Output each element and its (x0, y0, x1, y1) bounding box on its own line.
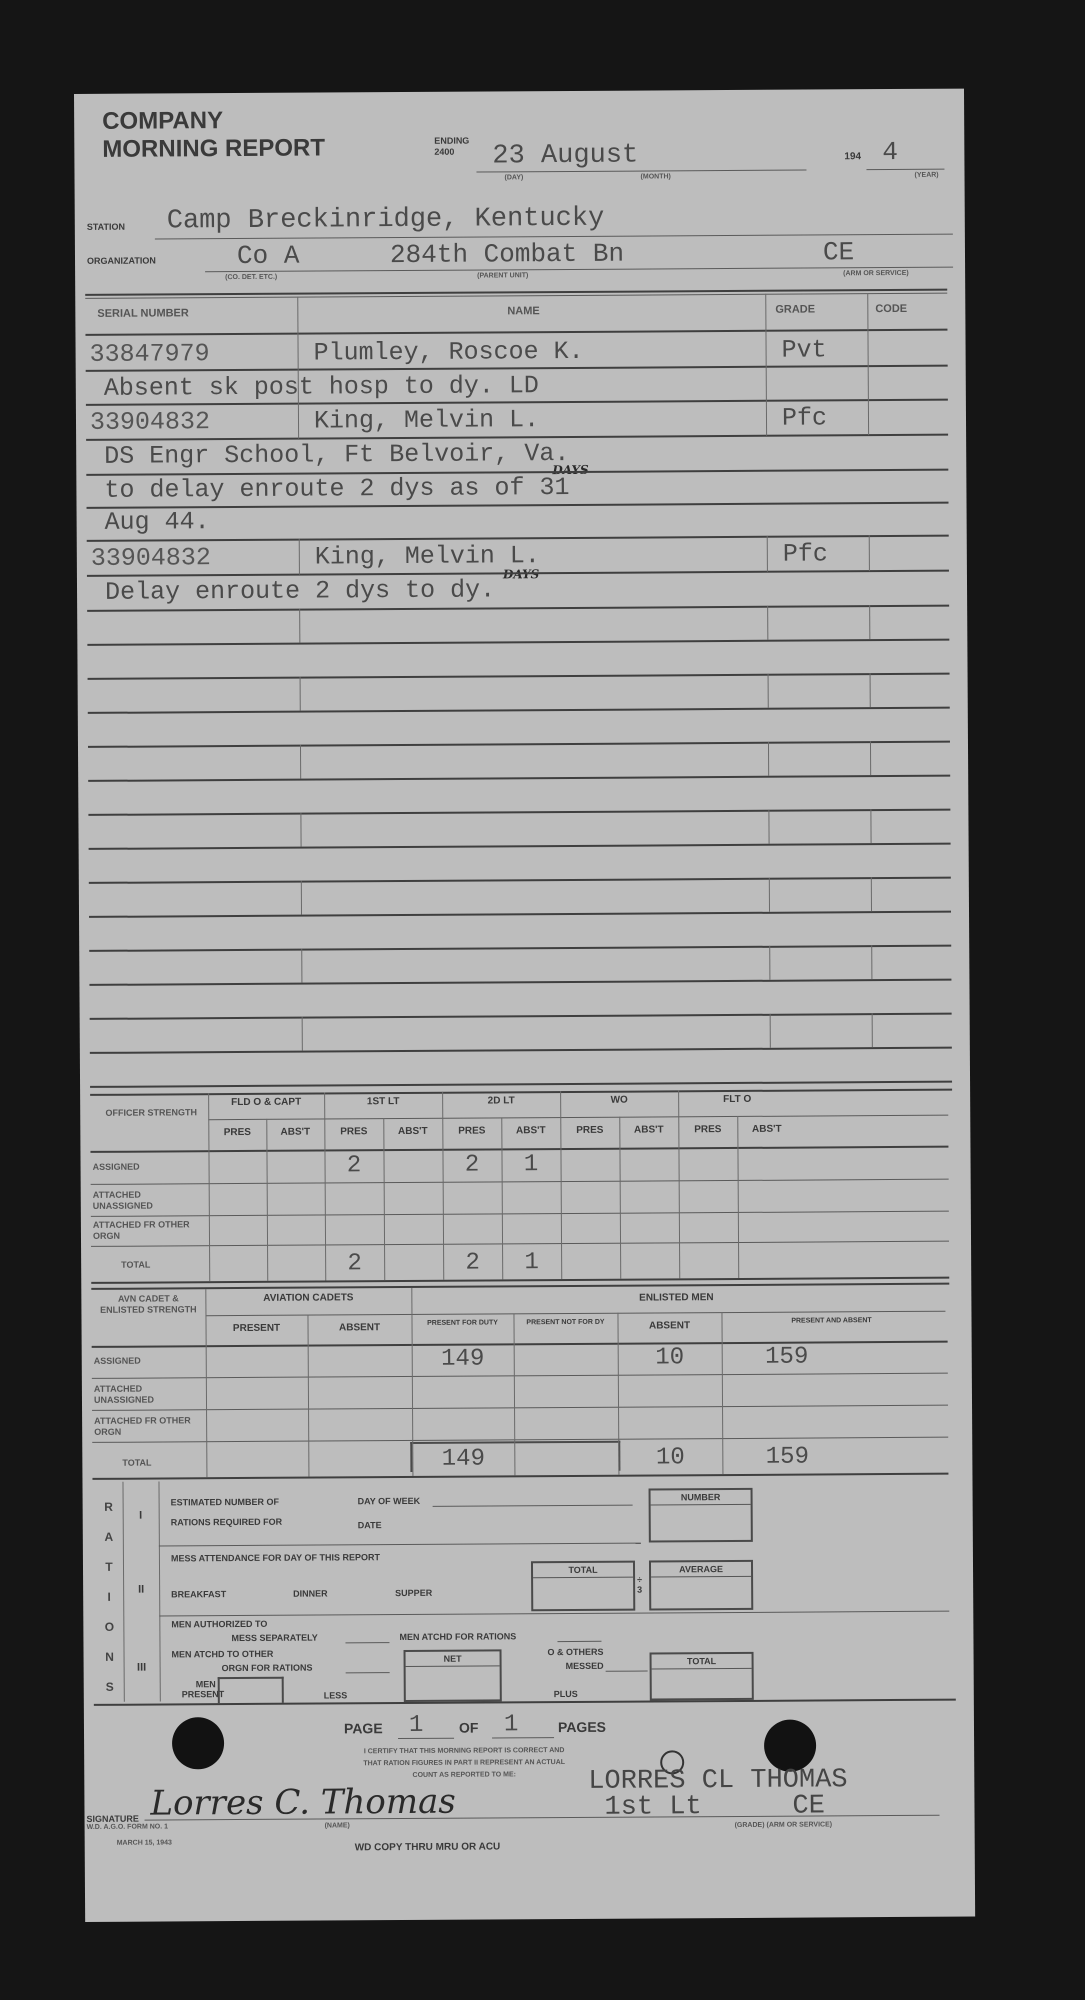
men-atchd-other-field[interactable] (346, 1672, 390, 1673)
remark-line: Absent sk post hosp to dy. LD (104, 371, 539, 403)
form-title: COMPANY MORNING REPORT (102, 106, 325, 163)
rule (89, 945, 951, 952)
dinner-label: DINNER (293, 1588, 328, 1598)
signer-grade: 1st Lt (604, 1792, 701, 1823)
number-box[interactable]: NUMBER (649, 1488, 753, 1543)
title-line-2: MORNING REPORT (102, 134, 325, 163)
total-2d-lt-abst: 1 (502, 1249, 561, 1276)
col-present-not-for-duty: PRESENT NOT FOR DY (513, 1317, 617, 1329)
officers-others-label-1: O & OTHERS (523, 1647, 603, 1657)
col-grade: GRADE (775, 303, 815, 315)
org-company: Co A (237, 241, 300, 271)
col-sep (870, 741, 871, 775)
col-sep (769, 878, 770, 912)
rule (88, 775, 950, 782)
station-value: Camp Breckinridge, Kentucky (167, 204, 605, 237)
col-sep (871, 945, 872, 979)
org-parent-unit: 284th Combat Bn (390, 239, 624, 270)
col-sep (619, 1117, 621, 1279)
col-sep (617, 1313, 619, 1475)
rule (89, 877, 951, 884)
signer-arm: CE (792, 1791, 825, 1821)
col-sep (871, 877, 872, 911)
roster-rules (74, 89, 964, 94)
col-sep (867, 293, 869, 435)
col-sep (300, 677, 301, 711)
part-i-num: I (123, 1510, 159, 1522)
copy-routing-note: WD COPY THRU MRU OR ACU (355, 1841, 501, 1853)
year-underline (866, 169, 944, 170)
col-sep (300, 813, 301, 847)
ending-label-2: 2400 (434, 147, 469, 158)
col-sep (870, 809, 871, 843)
rule (90, 1081, 952, 1088)
row-label-total: TOTAL (122, 1458, 151, 1468)
col-sep (768, 674, 769, 708)
sub-abst: ABS'T (266, 1126, 324, 1137)
caption-grade-arm: (GRADE) (ARM OR SERVICE) (735, 1821, 833, 1829)
divide-by-three: ÷ 3 (637, 1575, 649, 1595)
part-i-label-2: RATIONS REQUIRED FOR (171, 1517, 282, 1528)
group-2d-lt: 2D LT (442, 1095, 560, 1107)
col-sep (383, 1118, 385, 1280)
side-letter: A (97, 1522, 121, 1552)
punch-hole-right (764, 1719, 816, 1771)
page-total-underline (492, 1737, 554, 1738)
ending-label-1: ENDING (434, 136, 469, 147)
col-sep (769, 946, 770, 980)
row-label-assigned: ASSIGNED (94, 1356, 141, 1366)
form-date: MARCH 15, 1943 (117, 1839, 172, 1846)
rule (91, 1179, 949, 1185)
row-label-attached-unassigned: ATTACHED UNASSIGNED (93, 1189, 193, 1212)
men-authorized-label-2: MESS SEPARATELY (231, 1633, 317, 1644)
remark-line: to delay enroute 2 dys as of 31 (104, 473, 569, 505)
side-letter: N (97, 1642, 121, 1672)
col-sep (678, 1090, 680, 1278)
mess-separately-field[interactable] (345, 1642, 389, 1643)
organization-label: ORGANIZATION (87, 256, 156, 266)
rule (88, 673, 950, 680)
year-prefix: 194 (844, 151, 861, 162)
form-number: W.D. A.G.O. FORM NO. 1 (87, 1823, 168, 1830)
col-sep (411, 1288, 413, 1476)
col-cadet-present: PRESENT (206, 1323, 308, 1335)
total-2d-lt-pres: 2 (443, 1249, 502, 1276)
part-i-label-1: ESTIMATED NUMBER OF (171, 1497, 279, 1508)
total-present-and-absent: 159 (722, 1443, 852, 1471)
col-sep (768, 742, 769, 776)
mess-total-box[interactable]: TOTAL (531, 1561, 635, 1612)
col-sep (324, 1092, 326, 1280)
soldier-grade: Pfc (783, 539, 828, 568)
form-footer: PAGE 1 OF 1 PAGES I CERTIFY THAT THIS MO… (74, 89, 964, 94)
side-letter: I (97, 1582, 121, 1612)
officer-strength-title: OFFICER STRENGTH (98, 1107, 204, 1119)
rule (89, 979, 951, 986)
col-sep (501, 1117, 503, 1279)
average-label: AVERAGE (651, 1562, 751, 1578)
group-flt-o: FLT O (678, 1094, 796, 1106)
org-arm-service: CE (823, 237, 854, 267)
col-sep (302, 1017, 303, 1051)
assigned-2d-lt-pres: 2 (442, 1151, 501, 1178)
rations-total-label: TOTAL (652, 1654, 752, 1670)
rations-section: R A T I O N S I II III ESTIMATED NUMBER … (74, 89, 964, 94)
roster-lines: 33847979 Plumley, Roscoe K. Pvt Absent s… (74, 89, 964, 94)
less-label: LESS (324, 1690, 348, 1700)
date-label: DATE (358, 1520, 382, 1530)
supper-label: SUPPER (395, 1588, 432, 1598)
caption-arm: (ARM OR SERVICE) (843, 270, 909, 277)
col-sep (205, 1289, 207, 1477)
remark-line: DS Engr School, Ft Belvoir, Va. (104, 439, 569, 471)
col-enlisted-absent: ABSENT (618, 1320, 722, 1332)
morning-report-form: COMPANY MORNING REPORT ENDING 2400 23 Au… (74, 89, 975, 1922)
pages-label: PAGES (558, 1719, 606, 1735)
remark-line: Aug 44. (105, 507, 210, 537)
sub-pres: PRES (560, 1125, 619, 1136)
rule (91, 1241, 949, 1247)
of-label: OF (459, 1720, 479, 1736)
group-fld-o-capt: FLD O & CAPT (208, 1096, 324, 1108)
soldier-name: King, Melvin L. (314, 405, 539, 435)
group-aviation-cadets: AVIATION CADETS (205, 1292, 411, 1304)
sub-pres: PRES (324, 1126, 383, 1137)
col-sep (301, 881, 302, 915)
col-sep (297, 297, 299, 439)
col-sep (560, 1091, 562, 1279)
col-present-for-duty: PRESENT FOR DUTY (411, 1317, 513, 1329)
signature-label: SIGNATURE (87, 1814, 139, 1824)
rule (89, 911, 951, 918)
row-label-assigned: ASSIGNED (93, 1162, 140, 1172)
group-1st-lt: 1ST LT (324, 1096, 442, 1108)
col-sep (299, 539, 300, 575)
col-sep (869, 605, 870, 639)
col-cadet-absent: ABSENT (308, 1322, 412, 1334)
rule (88, 741, 950, 748)
ending-label: ENDING 2400 (434, 136, 469, 158)
col-sep (767, 606, 768, 640)
remark-line: Delay enroute 2 dys to dy. (105, 575, 495, 606)
col-serial-number: SERIAL NUMBER (97, 307, 189, 320)
rule (92, 1373, 948, 1379)
part-iii-num: III (124, 1662, 160, 1674)
men-atchd-rations-label: MEN ATCHD FOR RATIONS (399, 1631, 516, 1642)
assigned-present-for-duty: 149 (412, 1345, 514, 1373)
col-sep (737, 1116, 739, 1278)
men-present-label: MEN PRESENT (182, 1679, 216, 1699)
officer-strength-table: OFFICER STRENGTH FLD O & CAPT 1ST LT 2D … (74, 89, 964, 94)
number-box-label: NUMBER (651, 1490, 751, 1506)
row-label-attached-other: ATTACHED FR OTHER ORGN (93, 1219, 193, 1242)
title-line-1: COMPANY (102, 106, 325, 135)
sub-pres: PRES (442, 1125, 501, 1136)
soldier-grade: Pfc (782, 403, 827, 432)
enlisted-strength-table: AVN CADET & ENLISTED STRENGTH AVIATION C… (74, 89, 964, 94)
soldier-grade: Pvt (781, 335, 826, 364)
group-enlisted-men: ENLISTED MEN (411, 1291, 941, 1305)
col-sep (869, 535, 870, 571)
rule (91, 1211, 949, 1217)
caption-name: (NAME) (325, 1822, 350, 1829)
serial-number: 33904832 (91, 543, 211, 573)
page-label: PAGE (344, 1720, 383, 1736)
col-present-and-absent: PRESENT AND ABSENT (721, 1315, 941, 1327)
rule (90, 1047, 952, 1054)
col-sep (208, 1093, 210, 1281)
sub-pres: PRES (678, 1124, 737, 1135)
rule (92, 1473, 948, 1480)
others-messed-field[interactable] (606, 1671, 648, 1672)
caption-month: (MONTH) (640, 173, 670, 180)
enlisted-strength-title: AVN CADET & ENLISTED STRENGTH (95, 1293, 201, 1316)
caption-co: (CO. DET. ETC.) (225, 274, 277, 281)
soldier-name: Plumley, Roscoe K. (313, 337, 583, 368)
day-of-week-field[interactable] (433, 1505, 633, 1507)
mess-attendance-label: MESS ATTENDANCE FOR DAY OF THIS REPORT (171, 1552, 380, 1563)
year-digit: 4 (882, 137, 898, 167)
men-present-box[interactable] (218, 1677, 284, 1703)
men-atchd-rations-field[interactable] (557, 1641, 601, 1642)
side-letter: S (98, 1672, 122, 1702)
report-date: 23 August (492, 141, 638, 172)
rations-total-box[interactable]: TOTAL (650, 1652, 754, 1701)
caption-day: (DAY) (504, 174, 523, 181)
col-code: CODE (875, 303, 907, 315)
total-1st-lt-pres: 2 (325, 1250, 384, 1277)
assigned-1st-lt-pres: 2 (324, 1152, 383, 1179)
page-number: 1 (409, 1712, 424, 1739)
rule (90, 1013, 952, 1020)
group-wo: WO (560, 1094, 678, 1106)
col-sep (307, 1315, 309, 1477)
rule (88, 809, 950, 816)
col-sep (266, 1119, 268, 1281)
col-name: NAME (507, 305, 539, 317)
mess-total-label: TOTAL (533, 1563, 633, 1579)
breakfast-label: BREAKFAST (171, 1589, 226, 1599)
col-sep (442, 1092, 444, 1280)
side-letter: T (97, 1552, 121, 1582)
col-sep (721, 1312, 723, 1474)
rule (159, 1543, 641, 1547)
row-label-total: TOTAL (121, 1260, 150, 1270)
assigned-present-and-absent: 159 (722, 1343, 852, 1371)
col-sep (872, 1013, 873, 1047)
caption-parent: (PARENT UNIT) (477, 272, 528, 279)
rule (92, 1405, 948, 1411)
sub-abst: ABS'T (619, 1124, 678, 1135)
rule (208, 1115, 948, 1121)
serial-number: 33904832 (90, 407, 210, 437)
col-sep (301, 949, 302, 983)
row-label-attached-unassigned: ATTACHED UNASSIGNED (94, 1383, 194, 1406)
net-box[interactable]: NET (404, 1649, 502, 1702)
sub-abst: ABS'T (737, 1124, 796, 1135)
punch-hole-left (172, 1717, 224, 1769)
roster-header: SERIAL NUMBER NAME GRADE CODE (74, 89, 964, 94)
page-underline (398, 1738, 454, 1739)
row-label-attached-other: ATTACHED FR OTHER ORGN (94, 1415, 194, 1438)
serial-number: 33847979 (90, 339, 210, 369)
side-letter: O (97, 1612, 121, 1642)
total-absent: 10 (618, 1444, 722, 1472)
men-atchd-other-label-1: MEN ATCHD TO OTHER (172, 1649, 274, 1660)
col-sep (768, 810, 769, 844)
caption-year: (YEAR) (914, 172, 938, 179)
net-label: NET (406, 1651, 500, 1667)
col-sep (770, 1014, 771, 1048)
sub-pres: PRES (208, 1127, 266, 1138)
col-sep (513, 1313, 515, 1475)
col-sep (870, 673, 871, 707)
rule (88, 707, 950, 714)
plus-label: PLUS (554, 1689, 578, 1699)
station-label: STATION (87, 222, 125, 232)
col-sep (765, 294, 767, 436)
part-ii-num: II (123, 1584, 159, 1596)
rule (91, 1283, 949, 1290)
men-present-label-2: PRESENT (182, 1689, 216, 1699)
col-sep (300, 745, 301, 779)
rations-side-label: R A T I O N S (97, 1492, 122, 1702)
day-of-week-label: DAY OF WEEK (358, 1496, 421, 1506)
side-letter: R (97, 1492, 121, 1522)
men-authorized-label-1: MEN AUTHORIZED TO (171, 1619, 267, 1630)
assigned-2d-lt-abst: 1 (501, 1151, 560, 1178)
col-sep (299, 609, 300, 643)
sub-abst: ABS'T (383, 1126, 442, 1137)
page-total: 1 (504, 1711, 519, 1738)
men-atchd-other-label-2: ORGN FOR RATIONS (222, 1663, 313, 1674)
assigned-absent: 10 (618, 1344, 722, 1372)
rule (89, 843, 951, 850)
officers-others-label-2: MESSED (524, 1661, 604, 1671)
rule (159, 1611, 949, 1617)
rule (87, 639, 949, 646)
men-present-label-1: MEN (182, 1679, 216, 1689)
average-box[interactable]: AVERAGE (649, 1560, 753, 1611)
sub-abst: ABS'T (501, 1125, 560, 1136)
col-sep (767, 536, 768, 572)
